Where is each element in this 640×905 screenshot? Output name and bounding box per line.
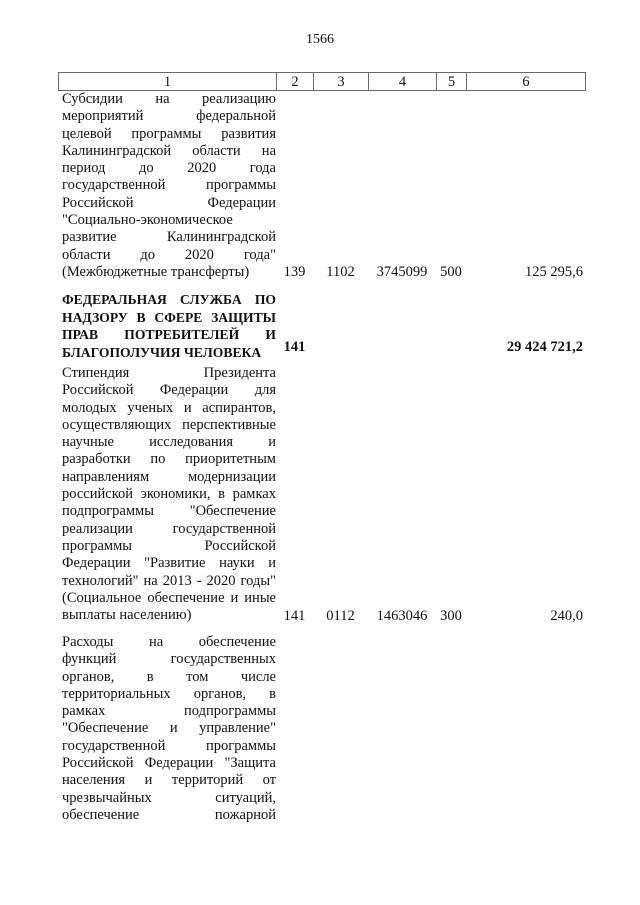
description-line: БЛАГОПОЛУЧИЯ ЧЕЛОВЕКА: [62, 344, 276, 362]
column-number-header: 1 2 3 4 5 6: [58, 72, 586, 91]
description-line: разработки по приоритетным: [62, 451, 276, 468]
description-line: выплаты населению): [62, 607, 276, 624]
description-line: программы Российской: [62, 538, 276, 555]
description-line: Расходы на обеспечение: [62, 634, 276, 651]
amount: 240,0: [466, 608, 583, 625]
description-line: мероприятий федеральной: [62, 108, 276, 125]
description-line: государственной программы: [62, 177, 276, 194]
description-line: реализации государственной: [62, 521, 276, 538]
target-article-code: 3745099: [368, 264, 436, 281]
row-description: Расходы на обеспечение функций государст…: [62, 634, 276, 824]
description-line: (Межбюджетные трансферты): [62, 264, 276, 281]
description-line: Российской Федерации: [62, 195, 276, 212]
description-line: ФЕДЕРАЛЬНАЯ СЛУЖБА ПО: [62, 291, 276, 309]
description-line: Субсидии на реализацию: [62, 91, 276, 108]
description-line: населения и территорий от: [62, 772, 276, 789]
description-line: ПРАВ ПОТРЕБИТЕЛЕЙ И: [62, 326, 276, 344]
description-line: молодых ученых и аспирантов,: [62, 400, 276, 417]
description-line: направлениям модернизации: [62, 469, 276, 486]
amount: 29 424 721,2: [466, 339, 583, 356]
description-line: (Социальное обеспечение и иные: [62, 590, 276, 607]
description-line: технологий" на 2013 - 2020 годы": [62, 573, 276, 590]
description-line: обеспечение пожарной: [62, 807, 276, 824]
column-header-3: 3: [314, 73, 369, 91]
description-line: чрезвычайных ситуаций,: [62, 790, 276, 807]
description-line: целевой программы развития: [62, 126, 276, 143]
description-line: рамках подпрограммы: [62, 703, 276, 720]
description-line: осуществляющих перспективные: [62, 417, 276, 434]
ministry-code: 141: [276, 339, 313, 356]
column-header-6: 6: [467, 73, 586, 91]
ministry-code: 141: [276, 608, 313, 625]
description-line: Калининградской области на: [62, 143, 276, 160]
description-line: Федерации "Развитие науки и: [62, 555, 276, 572]
column-header-1: 1: [59, 73, 277, 91]
column-header-5: 5: [437, 73, 467, 91]
row-description: Субсидии на реализацию мероприятий федер…: [62, 91, 276, 281]
column-header-2: 2: [277, 73, 314, 91]
description-line: функций государственных: [62, 651, 276, 668]
description-line: научные исследования и: [62, 434, 276, 451]
section-code: 1102: [313, 264, 368, 281]
description-line: российской экономики, в рамках: [62, 486, 276, 503]
description-line: Российской Федерации "Защита: [62, 755, 276, 772]
description-line: государственной программы: [62, 738, 276, 755]
row-description: Стипендия Президента Российской Федераци…: [62, 365, 276, 624]
column-header-4: 4: [369, 73, 437, 91]
description-line: территориальных органов, в: [62, 686, 276, 703]
description-line: период до 2020 года: [62, 160, 276, 177]
expense-type-code: 500: [436, 264, 466, 281]
target-article-code: 1463046: [368, 608, 436, 625]
agency-name: ФЕДЕРАЛЬНАЯ СЛУЖБА ПО НАДЗОРУ В СФЕРЕ ЗА…: [62, 291, 276, 361]
section-code: 0112: [313, 608, 368, 625]
description-line: подпрограммы "Обеспечение: [62, 503, 276, 520]
description-line: развитие Калининградской: [62, 229, 276, 246]
amount: 125 295,6: [466, 264, 583, 281]
description-line: "Обеспечение и управление": [62, 720, 276, 737]
description-line: Российской Федерации для: [62, 382, 276, 399]
description-line: "Социально-экономическое: [62, 212, 276, 229]
ministry-code: 139: [276, 264, 313, 281]
description-line: области до 2020 года": [62, 247, 276, 264]
description-line: Стипендия Президента: [62, 365, 276, 382]
page-number: 1566: [0, 32, 640, 48]
description-line: органов, в том числе: [62, 669, 276, 686]
expense-type-code: 300: [436, 608, 466, 625]
description-line: НАДЗОРУ В СФЕРЕ ЗАЩИТЫ: [62, 309, 276, 327]
